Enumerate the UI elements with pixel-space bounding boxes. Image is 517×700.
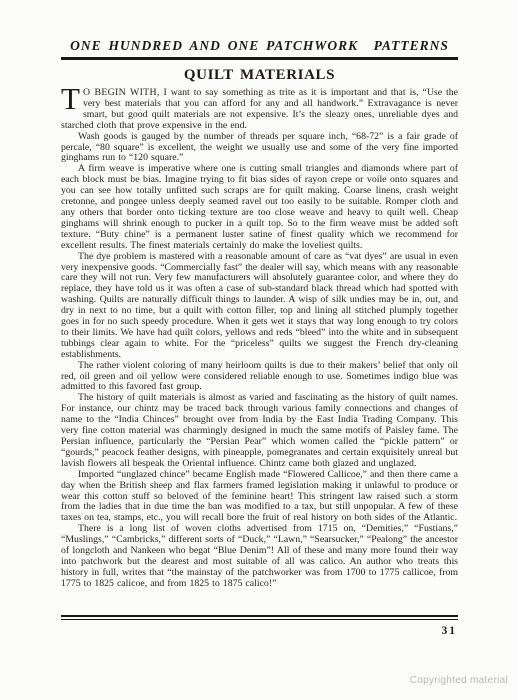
body-text: TO BEGIN WITH, I want to say something a… [61,88,458,611]
running-head: ONE HUNDRED AND ONE PATCHWORK PATTERNS [61,38,458,54]
paragraph-firm-weave: A firm weave is imperative where one is … [61,164,458,251]
copyright-watermark: Copyrighted material [410,675,508,686]
paragraph-imported-chince: Imported “unglazed chince” became Englis… [61,470,458,525]
header-rule [61,57,458,60]
footer-rule [61,615,458,620]
paragraph-intro: TO BEGIN WITH, I want to say something a… [61,88,458,132]
page-number: 31 [61,625,458,637]
paragraph-wash-goods: Wash goods is gauged by the number of th… [61,132,458,165]
drop-cap: T [61,88,83,110]
page-content: ONE HUNDRED AND ONE PATCHWORK PATTERNS Q… [61,38,458,637]
intro-lead: O BEGIN WITH, [83,87,160,98]
paragraph-heirloom-coloring: The rather violent coloring of many heir… [61,361,458,394]
section-title: QUILT MATERIALS [61,66,458,84]
paragraph-woven-cloths: There is a long list of woven cloths adv… [61,524,458,589]
book-page: ONE HUNDRED AND ONE PATCHWORK PATTERNS Q… [0,0,517,700]
paragraph-history: The history of quilt materials is almost… [61,393,458,469]
paragraph-dye-problem: The dye problem is mastered with a reaso… [61,252,458,361]
